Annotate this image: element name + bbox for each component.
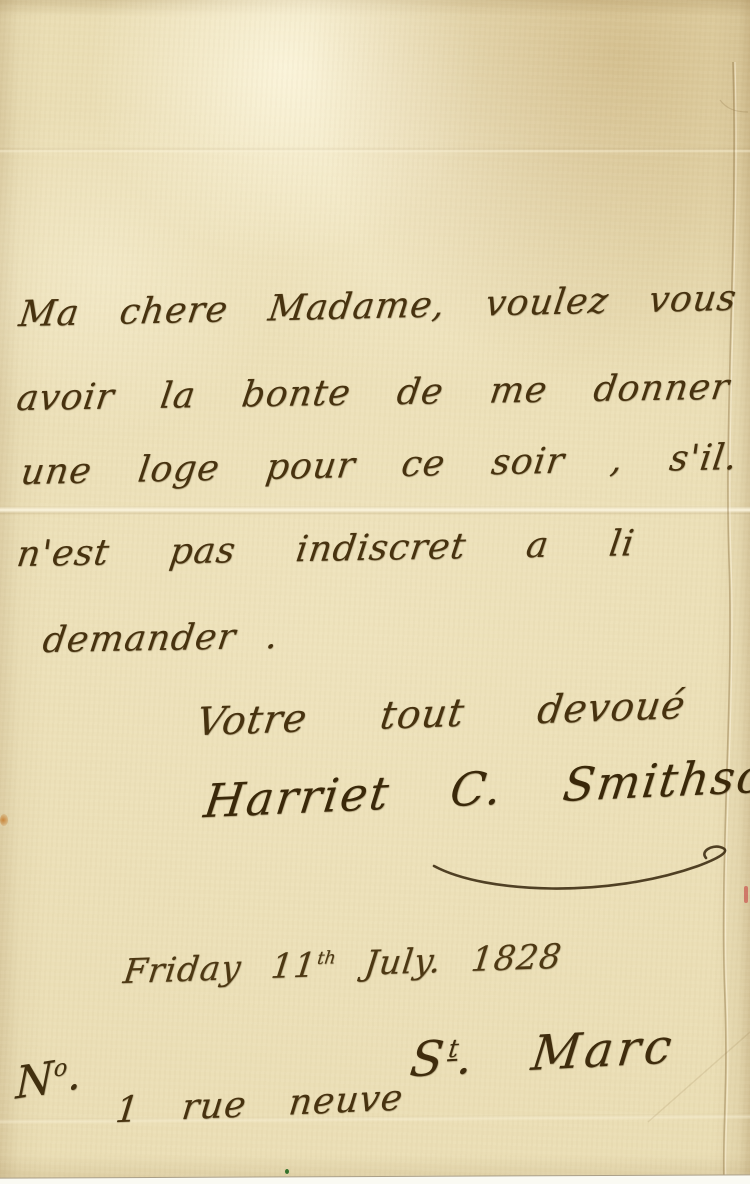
letter-body-line-2: avoir la bonte de me donner bbox=[14, 367, 732, 419]
letter-body-line-1: Ma chere Madame, voulez vous bbox=[16, 278, 739, 335]
address-saint-s: S bbox=[407, 1030, 451, 1088]
red-edge-mark bbox=[744, 886, 748, 903]
letter-body-line-3: une loge pour ce soir , s'il. bbox=[18, 437, 740, 493]
address-number-abbrev: No. bbox=[15, 1048, 81, 1110]
rust-stain bbox=[0, 814, 8, 826]
address-n-dot: . bbox=[67, 1048, 82, 1102]
letter-closing: Votre tout devoué bbox=[194, 683, 689, 745]
green-speck bbox=[285, 1169, 289, 1174]
date-line: Friday 11th July. 1828 bbox=[121, 937, 564, 993]
letter-body-line-5: demander . bbox=[40, 616, 281, 661]
address-n: N bbox=[15, 1052, 54, 1110]
fold-crease-middle bbox=[0, 506, 750, 515]
signature-flourish bbox=[430, 842, 742, 900]
vertical-paper-crease bbox=[0, 0, 750, 1184]
date-rest: July. 1828 bbox=[332, 937, 564, 985]
date-day: Friday 11 bbox=[121, 945, 319, 992]
address-n-sup: o bbox=[53, 1054, 67, 1083]
letter-page: Ma chere Madame, voulez vous avoir la bo… bbox=[0, 0, 750, 1184]
paper-texture bbox=[0, 0, 750, 1184]
address-saint-rest: . Marc bbox=[454, 1018, 679, 1086]
address-street: 1 rue neuve bbox=[113, 1077, 405, 1131]
fold-crease-upper bbox=[0, 147, 750, 153]
address-saint-marc: St. Marc bbox=[407, 1018, 679, 1088]
letter-body-line-4: n'est pas indiscret a li bbox=[14, 523, 637, 575]
signature: Harriet C. Smithson bbox=[201, 747, 750, 828]
scanner-edge-strip bbox=[0, 1174, 750, 1184]
